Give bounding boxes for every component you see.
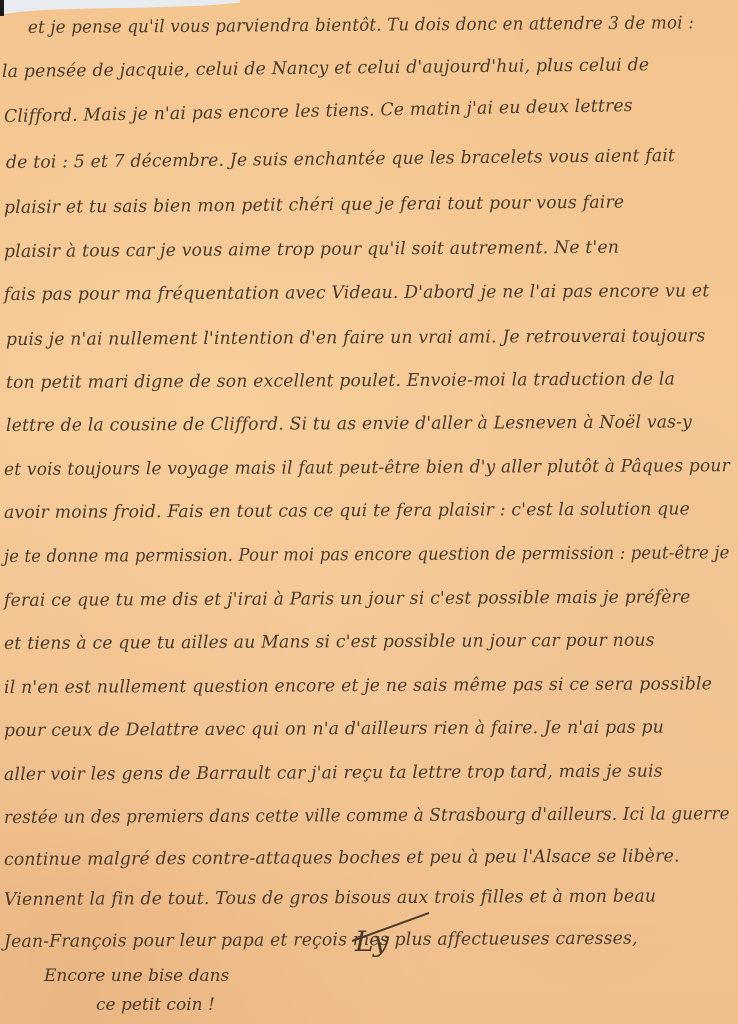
letter-line-12: avoir moins froid. Fais en tout cas ce q…: [4, 499, 730, 523]
letter-line-17: pour ceux de Delattre avec qui on n'a d'…: [4, 717, 730, 741]
letter-line-11: et vois toujours le voyage mais il faut …: [4, 456, 721, 480]
postscript-line-1: Encore une bise dans: [44, 966, 229, 986]
letter-line-15: et tiens à ce que tu ailles au Mans si c…: [4, 630, 730, 654]
letter-line-20: continue malgré des contre-attaques boch…: [4, 846, 730, 870]
postscript-line-2: ce petit coin !: [96, 995, 215, 1015]
letter-line-19: restée un des premiers dans cette ville …: [4, 804, 708, 828]
letter-line-13: je te donne ma permission. Pour moi pas …: [4, 543, 693, 567]
scan-border: [0, 0, 4, 16]
letter-line-21: Viennent la fin de tout. Tous de gros bi…: [4, 886, 730, 910]
letter-line-14: ferai ce que tu me dis et j'irai à Paris…: [4, 587, 730, 611]
letter-line-18: aller voir les gens de Barrault car j'ai…: [4, 761, 730, 785]
letter-line-7: fais pas pour ma fréquentation avec Vide…: [4, 281, 730, 305]
letter-line-10: lettre de la cousine de Clifford. Si tu …: [6, 412, 730, 436]
letter-line-16: il n'en est nullement question encore et…: [4, 674, 730, 698]
letter-line-9: ton petit mari digne de son excellent po…: [6, 369, 730, 393]
letter-line-8: puis je n'ai nullement l'intention d'en …: [6, 326, 730, 350]
